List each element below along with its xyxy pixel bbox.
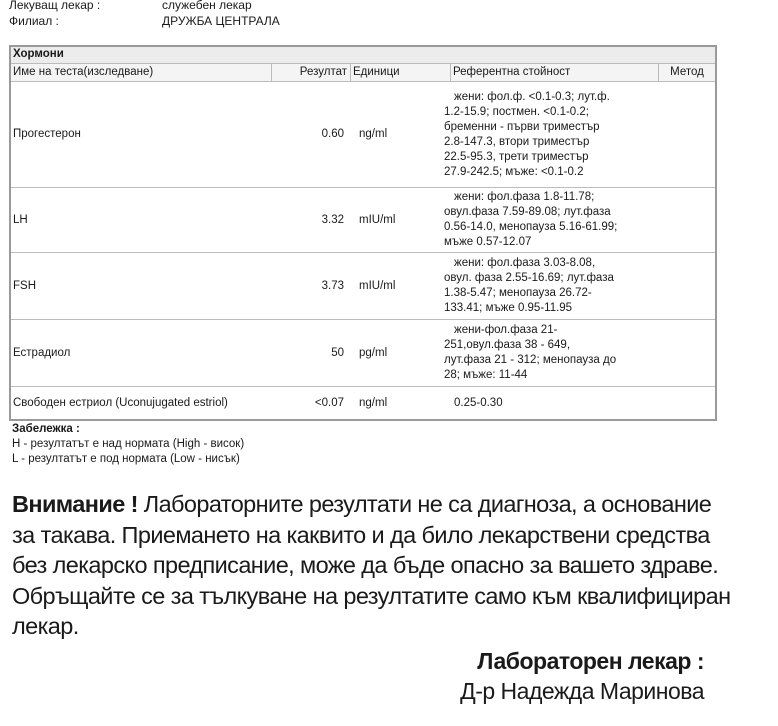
test-reference: жени: фол.фаза 1.8-11.78;овул.фаза 7.59-… [442, 188, 651, 252]
header-test-name: Име на теста(изследване) [11, 64, 272, 81]
table-row: Прогестерон0.60ng/mlжени: фол.ф. <0.1-0.… [11, 82, 715, 188]
reference-line: жени: фол.фаза 3.03-8.08, [444, 256, 651, 271]
report-header: Лекуващ лекар : служебен лекар Филиал : … [9, 0, 280, 29]
test-result: 50 [271, 346, 347, 361]
branch-value: ДРУЖБА ЦЕНТРАЛА [162, 13, 280, 29]
test-units: ng/ml [347, 396, 442, 411]
header-result: Резултат [272, 64, 351, 81]
reference-line: жени: фол.фаза 1.8-11.78; [444, 190, 651, 205]
test-name: LH [11, 213, 271, 228]
reference-line: 1.38-5.47; менопауза 26.72- [444, 286, 651, 301]
header-method: Метод [659, 64, 715, 81]
reference-line: 133.41; мъже 0.95-11.95 [444, 301, 651, 316]
test-name: Прогестерон [11, 127, 271, 142]
test-units: mIU/ml [347, 279, 442, 294]
doctor-label: Лекуващ лекар : [9, 0, 162, 13]
reference-line: 22.5-95.3, трети триместър [444, 150, 651, 165]
test-result: 0.60 [271, 127, 347, 142]
test-units: mIU/ml [347, 213, 442, 228]
test-reference: жени: фол.фаза 3.03-8.08,овул. фаза 2.55… [442, 254, 651, 318]
note-low: L - резултатът е под нормата (Low - нисъ… [12, 452, 244, 467]
header-units: Единици [351, 64, 451, 81]
test-result: 3.73 [271, 279, 347, 294]
doctor-value: служебен лекар [162, 0, 252, 13]
doctor-row: Лекуващ лекар : служебен лекар [9, 0, 280, 13]
test-name: Свободен естриол (Uconujugated estriol) [11, 396, 271, 411]
test-result: 3.32 [271, 213, 347, 228]
test-reference: 0.25-0.30 [442, 394, 651, 413]
signature-title: Лабораторен лекар : [460, 646, 704, 676]
test-result: <0.07 [271, 396, 347, 411]
reference-line: овул.фаза 7.59-89.08; лут.фаза [444, 205, 651, 220]
branch-row: Филиал : ДРУЖБА ЦЕНТРАЛА [9, 13, 280, 29]
section-title: Хормони [11, 47, 715, 64]
reference-line: 2.8-147.3, втори триместър [444, 135, 651, 150]
table-row: Свободен естриол (Uconujugated estriol)<… [11, 387, 715, 419]
reference-line: лут.фаза 21 - 312; менопауза до [444, 353, 651, 368]
branch-label: Филиал : [9, 13, 162, 29]
reference-line: жени-фол.фаза 21- [444, 323, 651, 338]
table-row: FSH3.73mIU/mlжени: фол.фаза 3.03-8.08,ов… [11, 253, 715, 320]
signature: Лабораторен лекар : Д-р Надежда Маринова [460, 646, 704, 706]
table-row: Естрадиол50pg/mlжени-фол.фаза 21-251,ову… [11, 320, 715, 387]
reference-line: 0.56-14.0, менопауза 5.16-61.99; [444, 220, 651, 235]
notes: Забележка : H - резултатът е над нормата… [12, 422, 244, 467]
test-units: ng/ml [347, 127, 442, 142]
reference-line: 28; мъже: 11-44 [444, 368, 651, 383]
reference-line: жени: фол.ф. <0.1-0.3; лут.ф. [444, 90, 651, 105]
results-table: Хормони Име на теста(изследване) Резулта… [9, 45, 717, 421]
test-reference: жени-фол.фаза 21-251,овул.фаза 38 - 649,… [442, 321, 651, 385]
test-name: FSH [11, 279, 271, 294]
column-headers: Име на теста(изследване) Резултат Единиц… [11, 64, 715, 82]
table-row: LH3.32mIU/mlжени: фол.фаза 1.8-11.78;ову… [11, 188, 715, 253]
reference-line: 0.25-0.30 [444, 396, 651, 411]
signature-name: Д-р Надежда Маринова [460, 676, 704, 706]
reference-line: 27.9-242.5; мъже: <0.1-0.2 [444, 165, 651, 180]
reference-line: мъже 0.57-12.07 [444, 235, 651, 250]
reference-line: 1.2-15.9; постмен. <0.1-0.2; [444, 105, 651, 120]
test-units: pg/ml [347, 346, 442, 361]
notes-title: Забележка : [12, 422, 244, 437]
reference-line: бременни - първи триместър [444, 120, 651, 135]
reference-line: 251,овул.фаза 38 - 649, [444, 338, 651, 353]
header-reference: Референтна стойност [451, 64, 659, 81]
test-name: Естрадиол [11, 346, 271, 361]
warning-paragraph: Внимание ! Лабораторните резултати не са… [12, 489, 732, 642]
table-body: Прогестерон0.60ng/mlжени: фол.ф. <0.1-0.… [11, 82, 715, 419]
warning-title: Внимание ! [12, 491, 138, 517]
note-high: H - резултатът е над нормата (High - вис… [12, 437, 244, 452]
test-reference: жени: фол.ф. <0.1-0.3; лут.ф.1.2-15.9; п… [442, 88, 651, 182]
reference-line: овул. фаза 2.55-16.69; лут.фаза [444, 271, 651, 286]
